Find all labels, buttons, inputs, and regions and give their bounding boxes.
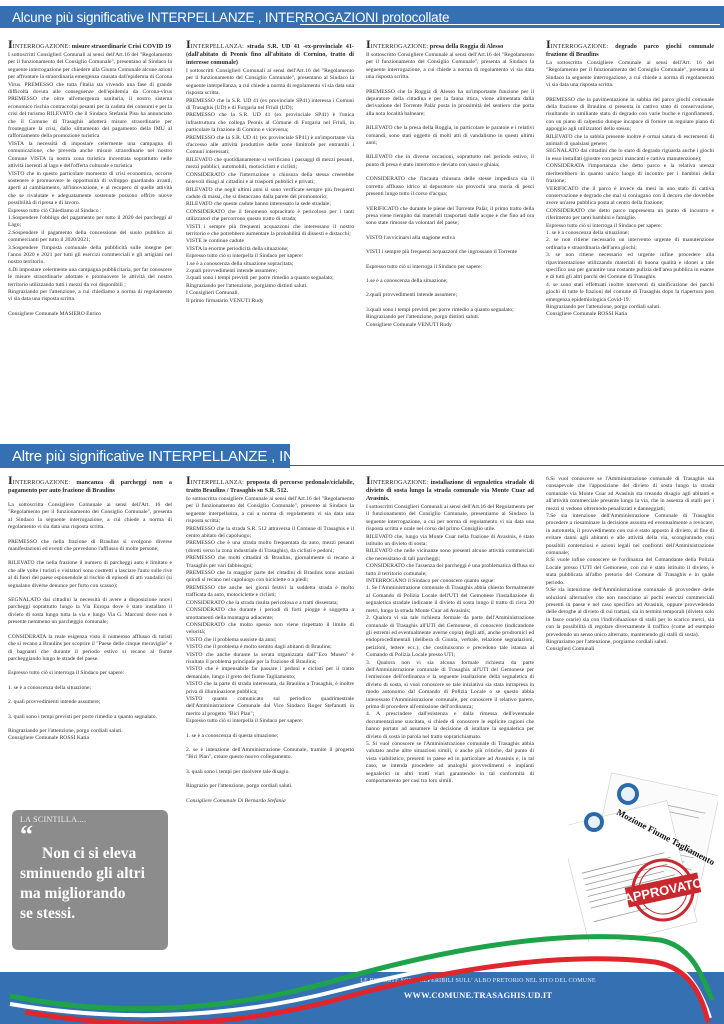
signature: Il primo firmatario VENUTI Rudy	[186, 298, 354, 305]
section-title-top: Alcune più significative INTERPELLANZE ,…	[12, 10, 449, 25]
article-heading: IINTERPELLANZA: proposta di percorso ped…	[186, 476, 354, 495]
article-no-parking-sign: IINTERROGAZIONE: installazione di segnal…	[366, 476, 534, 785]
article-braulins-playground: IINTERROGAZIONE: degrado parco giochi co…	[546, 40, 714, 319]
article-roggia-alesso: IINTERROGAZIONE: presa della Roggia di A…	[366, 40, 534, 329]
article-no-parking-sign-continued: 6.Si vuol conoscere se l'Amministrazione…	[546, 476, 714, 654]
section-divider	[290, 465, 724, 466]
article-heading: IINTERROGAZIONE: misure straordinarie Cr…	[8, 40, 172, 51]
article-heading: IINTERROGAZIONE: mancanza di parcheggi n…	[8, 476, 172, 495]
article-heading: IINTERROGAZIONE: degrado parco giochi co…	[546, 40, 714, 59]
section-banner-top: Alcune più significative INTERPELLANZE ,…	[0, 6, 724, 28]
signature: Consigliere Comunale ROSSI Katia	[546, 311, 714, 318]
article-bike-path: IINTERPELLANZA: proposta di percorso ped…	[186, 476, 354, 805]
article-heading: IINTERROGAZIONE: installazione di segnal…	[366, 476, 534, 503]
signature: Consigliere Comunale VENUTI Rudy	[366, 322, 534, 329]
article-road-sr-ud41: IINTERPELLANZA: strada S.R. UD 41 -ex-pr…	[186, 40, 354, 305]
signature: Consigliere Comunale Di Bernardo Stefani…	[186, 798, 354, 805]
signature: Consigliere Comunale MASIERO Enrico	[8, 311, 172, 318]
quote-text: Non ci si eleva sminuendo gli altri ma m…	[20, 844, 160, 924]
section-title-bottom: Altre più significative INTERPELLANZE , …	[12, 448, 485, 465]
article-braulins-parking: IINTERROGAZIONE: mancanza di parcheggi n…	[8, 476, 172, 743]
article-heading: IINTERPELLANZA: strada S.R. UD 41 -ex-pr…	[186, 40, 354, 67]
signature: Consigliere Comunale ROSSI Katia	[8, 735, 172, 742]
quote-label: LA SCINTILLA....	[20, 815, 160, 824]
quote-box: LA SCINTILLA.... “ Non ci si eleva sminu…	[12, 810, 168, 950]
article-heading: IINTERROGAZIONE: presa della Roggia di A…	[366, 40, 534, 51]
article-covid-measures: IINTERROGAZIONE: misure straordinarie Cr…	[8, 40, 172, 318]
section-banner-bottom: Altre più significative INTERPELLANZE , …	[0, 444, 290, 468]
quote-mark-icon: “	[20, 826, 160, 844]
signature: Consiglieri Comunali	[546, 646, 714, 653]
